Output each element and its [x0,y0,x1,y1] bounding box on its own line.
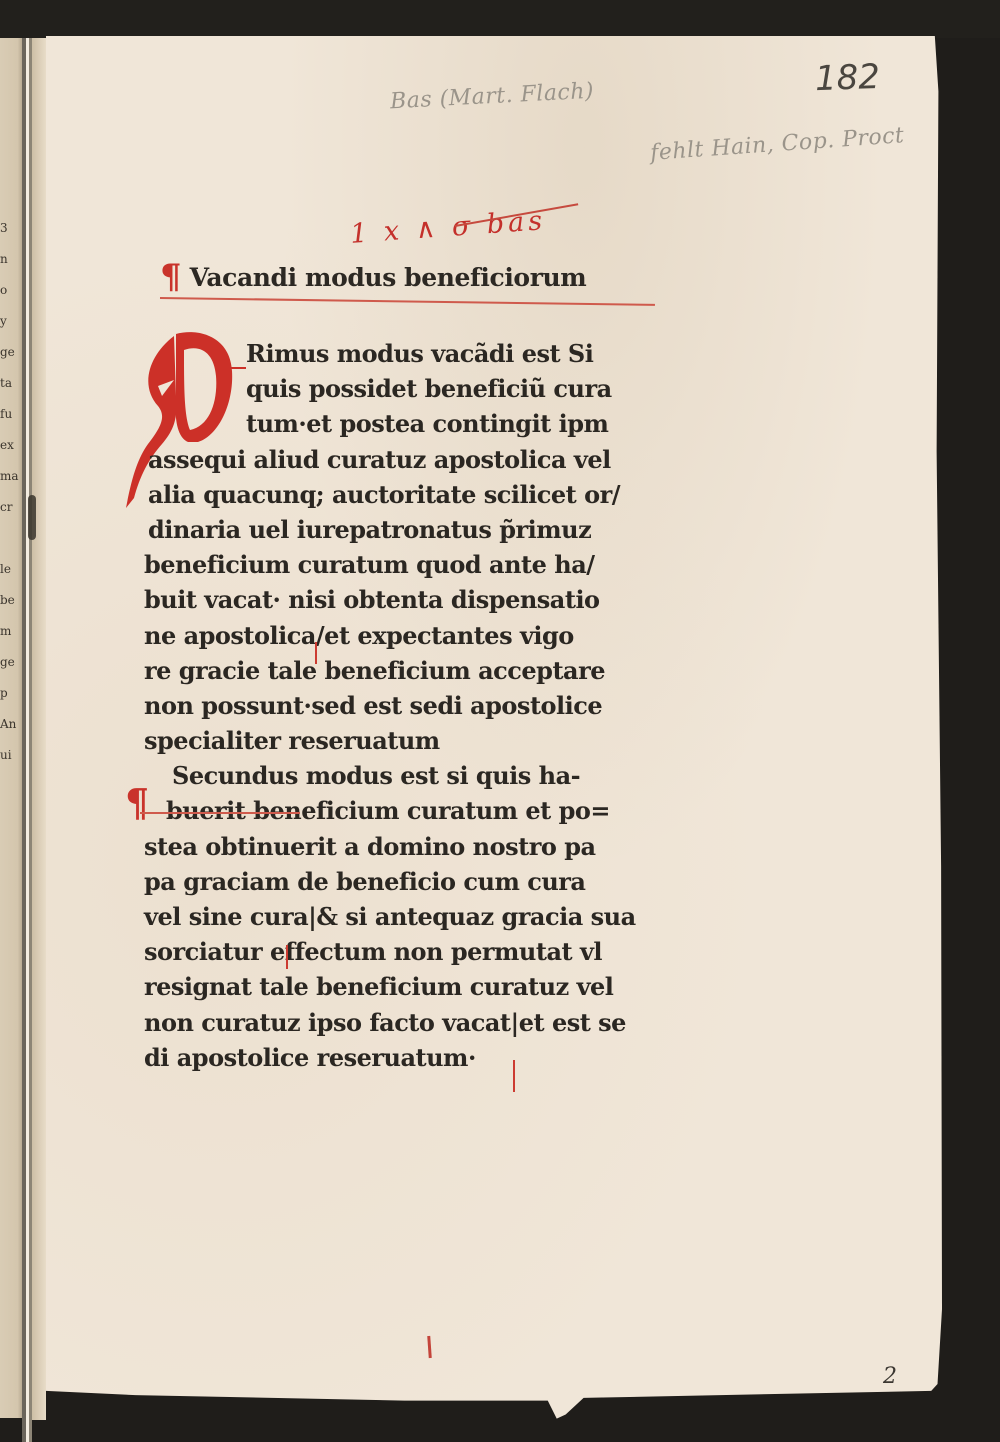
margin-fragment: cr [0,492,22,523]
red-rubric-stroke [315,642,317,664]
facing-page-margin-text: 3 n o y ge ta fu ex ma cr le be m ge p A… [0,38,22,771]
text-line: Secundus modus est si quis ha- [120,758,660,793]
margin-fragment: n [0,244,22,275]
page-title: Vacandi modus beneficiorum [190,263,587,292]
main-text-block: Rimus modus vacãdi est Si quis possidet … [120,336,660,1075]
text-line: ne apostolica/et expectantes vigo [120,618,660,653]
margin-fragment: be [0,585,22,616]
margin-fragment: o [0,275,22,306]
scan-background-top [0,0,1000,38]
pilcrow-icon: ¶ [125,780,149,825]
page-gutter [32,38,46,1420]
pilcrow-icon: ¶ [160,260,182,294]
margin-fragment: 3 [0,213,22,244]
red-rubric-stroke [513,1060,515,1092]
margin-fragment: ma [0,461,22,492]
margin-fragment: ex [0,430,22,461]
text-line: buit vacat· nisi obtenta dispensatio [120,582,660,617]
margin-fragment: le [0,554,22,585]
text-line: di apostolice reseruatum· [120,1040,660,1075]
margin-fragment: ui [0,740,22,771]
text-line: non possunt·sed est sedi apostolice [120,688,660,723]
spine-stain [28,495,36,540]
text-line: assequi aliud curatuz apostolica vel [120,442,660,477]
text-line: specialiter reseruatum [120,723,660,758]
text-line: tum·et postea contingit ipm [120,406,660,441]
margin-fragment: m [0,616,22,647]
text-line: re gracie tale beneficium acceptare [120,653,660,688]
red-rubric-stroke [286,945,288,969]
margin-fragment: fu [0,399,22,430]
text-line: sorciatur effectum non permutat vl [120,934,660,969]
margin-fragment: y [0,306,22,337]
signature-number: 2 [883,1364,897,1389]
text-line: vel sine cura|& si antequaz gracia sua [120,899,660,934]
facing-page-edge: 3 n o y ge ta fu ex ma cr le be m ge p A… [0,38,22,1418]
margin-fragment [0,523,22,554]
paragraph-red-underline [140,812,300,814]
margin-fragment: p [0,678,22,709]
text-line: pa graciam de beneficio cum cura [120,864,660,899]
folio-number: 182 [814,57,880,99]
text-line: Rimus modus vacãdi est Si [120,336,660,371]
text-line: resignat tale beneficium curatuz vel [120,969,660,1004]
heading: ¶ Vacandi modus beneficiorum [160,254,660,300]
text-line: dinaria uel iurepatronatus p̃rimuz [120,512,660,547]
text-line: alia quacunq; auctoritate scilicet or/ [120,477,660,512]
margin-fragment: ge [0,647,22,678]
text-line: stea obtinuerit a domino nostro pa [120,829,660,864]
margin-fragment: ta [0,368,22,399]
text-line: beneficium curatum quod ante ha/ [120,547,660,582]
text-line: non curatuz ipso facto vacat|et est se [120,1005,660,1040]
margin-fragment: An [0,709,22,740]
margin-fragment: ge [0,337,22,368]
text-line: quis possidet beneficiũ cura [120,371,660,406]
